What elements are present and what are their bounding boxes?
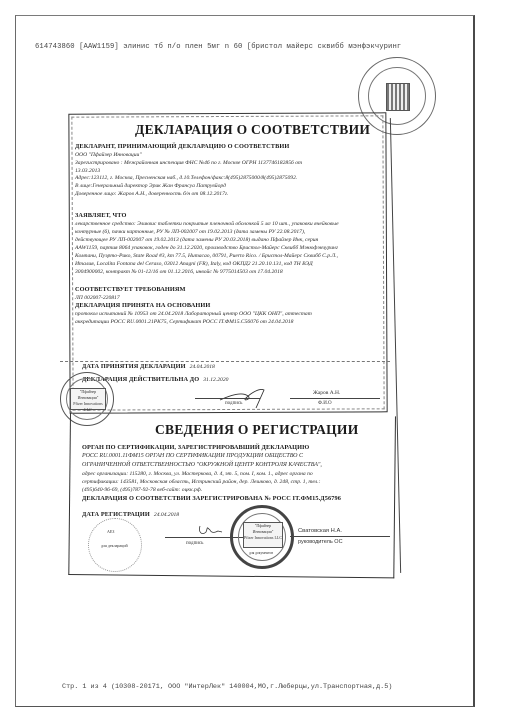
name-line bbox=[290, 398, 380, 399]
declares-line: лекарственное средство: Эликвис таблетки… bbox=[75, 221, 339, 227]
declares-line: Компани, Пуэрто-Рико, State Road #3, km … bbox=[75, 253, 338, 259]
registration-title: СВЕДЕНИЯ О РЕГИСТРАЦИИ bbox=[155, 422, 359, 438]
page-footer: Стр. 1 из 4 (10308-20171, ООО "ИнтерЛек"… bbox=[62, 683, 392, 691]
registration-date-value: 24.04.2018 bbox=[154, 512, 179, 518]
signature-caption: подпись bbox=[225, 401, 242, 406]
stamp-text: "Пфайзер Инновации" bbox=[71, 389, 105, 401]
registrar-name: Сватовская Н.А. bbox=[298, 528, 342, 534]
declarant-line: ООО "Пфайзер Инновации" bbox=[75, 152, 142, 158]
declares-line: Италия, Localita Fontana del Ceraso, 030… bbox=[75, 261, 313, 267]
name-line bbox=[290, 536, 390, 537]
cert-body-line: адрес организации: 115280, г. Москва, ул… bbox=[82, 471, 313, 477]
stamp-text: Pfizer Innovations LLC bbox=[244, 535, 282, 541]
stamp-text: "Пфайзер Инновации" bbox=[244, 523, 282, 535]
declares-heading: ЗАЯВЛЯЕТ, ЧТО bbox=[75, 212, 126, 219]
conforms-value: ЛП 002007-220817 bbox=[75, 295, 120, 301]
stamp-text: для документов bbox=[249, 551, 273, 555]
declaration-title: ДЕКЛАРАЦИЯ О СООТВЕТСТВИИ bbox=[135, 122, 370, 138]
cert-body-heading: ОРГАН ПО СЕРТИФИКАЦИИ, ЗАРЕГИСТРИРОВАВШИ… bbox=[82, 444, 309, 451]
signer-name: Жаров А.Н. bbox=[313, 390, 340, 396]
signature-line bbox=[195, 398, 260, 399]
declares-line: 3004900002, контракт № 01-12/16 от 01.12… bbox=[75, 269, 283, 275]
declares-line: контурные (6), пачки картонные, РУ № ЛП-… bbox=[75, 229, 305, 235]
basis-line: протокол испытаний № 10953 от 24.04.2018… bbox=[75, 311, 312, 317]
declarant-line: Адрес:123112, г. Москва, Пресненская наб… bbox=[75, 175, 297, 181]
declarant-signature bbox=[218, 382, 278, 412]
declarant-heading: ДЕКЛАРАНТ, ПРИНИМАЮЩИЙ ДЕКЛАРАЦИЮ О СООТ… bbox=[75, 143, 289, 150]
stamp-text: АЕЗ bbox=[107, 529, 114, 534]
signature-caption: подпись bbox=[186, 541, 203, 546]
signer-caption: Ф.И.О bbox=[318, 401, 332, 406]
registration-date-label: ДАТА РЕГИСТРАЦИИ bbox=[82, 511, 150, 518]
registrar-caption: руководитель ОС bbox=[298, 539, 343, 545]
certification-body-stamp: АЕЗ для деклараций bbox=[88, 518, 142, 572]
cert-body-line: (495)640-96-69, (495)787-92-78 веб-сайт:… bbox=[82, 487, 202, 493]
declarant-line: Доверенное лицо: Жаров А.Н., доверенност… bbox=[75, 191, 228, 197]
registration-round-stamp: "Пфайзер Инновации" Pfizer Innovations L… bbox=[230, 505, 294, 569]
fax-header-line: 614743860 [AAW1159] элинис тб п/о плен 5… bbox=[35, 43, 401, 51]
cert-body-line: ОГРАНИЧЕННОЙ ОТВЕТСТВЕННОСТЬЮ "ОКРУЖНОЙ … bbox=[82, 462, 322, 468]
registration-date-row: ДАТА РЕГИСТРАЦИИ 24.04.2018 bbox=[82, 503, 179, 521]
basis-heading: ДЕКЛАРАЦИЯ ПРИНЯТА НА ОСНОВАНИИ bbox=[75, 302, 210, 309]
declares-line: действующее РУ ЛП-002007 от 19.02.2013 (… bbox=[75, 237, 318, 243]
cert-body-line: РОСС RU.0001.11ФМ15 ОРГАН ПО СЕРТИФИКАЦИ… bbox=[82, 453, 303, 459]
stamp-text: для деклараций bbox=[101, 543, 128, 548]
declarant-line: Зарегистрировано : Межрайонная инспекция… bbox=[75, 160, 302, 166]
cert-body-line: сертификации: 143581, Московская область… bbox=[82, 479, 320, 485]
declares-line: AAW1159, партия 8064 упаковок, годен до … bbox=[75, 245, 338, 251]
stamp-text: Pfizer Innovations LLC bbox=[71, 401, 105, 413]
declarant-line: В лице:Генеральный директор Эрик Жан Фра… bbox=[75, 183, 226, 189]
registered-number: ДЕКЛАРАЦИЯ О СООТВЕТСТВИИ ЗАРЕГИСТРИРОВА… bbox=[82, 495, 341, 502]
conforms-heading: СООТВЕТСТВУЕТ ТРЕБОВАНИЯМ bbox=[75, 286, 186, 293]
declarant-line: 13.03.2013 bbox=[75, 168, 100, 174]
basis-line: аккредитации РОСС RU.0001.21РК75, Сертиф… bbox=[75, 319, 293, 325]
